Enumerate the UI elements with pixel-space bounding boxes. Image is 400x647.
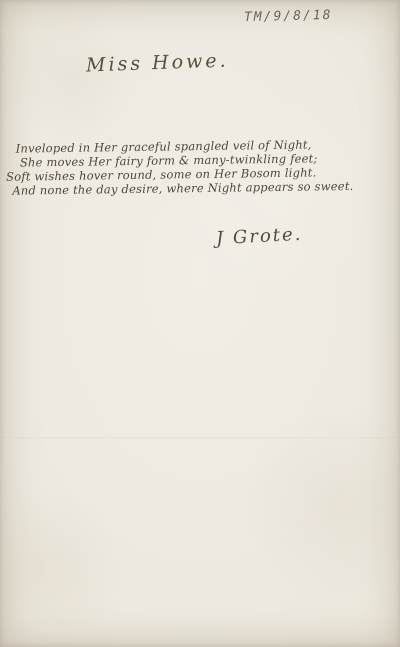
verse-block: Inveloped in Her graceful spangled veil … xyxy=(6,136,399,197)
archive-reference-number: TM/9/8/18 xyxy=(244,8,333,25)
addressee-name: Miss Howe. xyxy=(86,50,229,77)
letter-page: TM/9/8/18 Miss Howe. Inveloped in Her gr… xyxy=(0,0,400,647)
paper-fold-crease xyxy=(0,437,400,439)
signature: J Grote. xyxy=(216,224,303,249)
